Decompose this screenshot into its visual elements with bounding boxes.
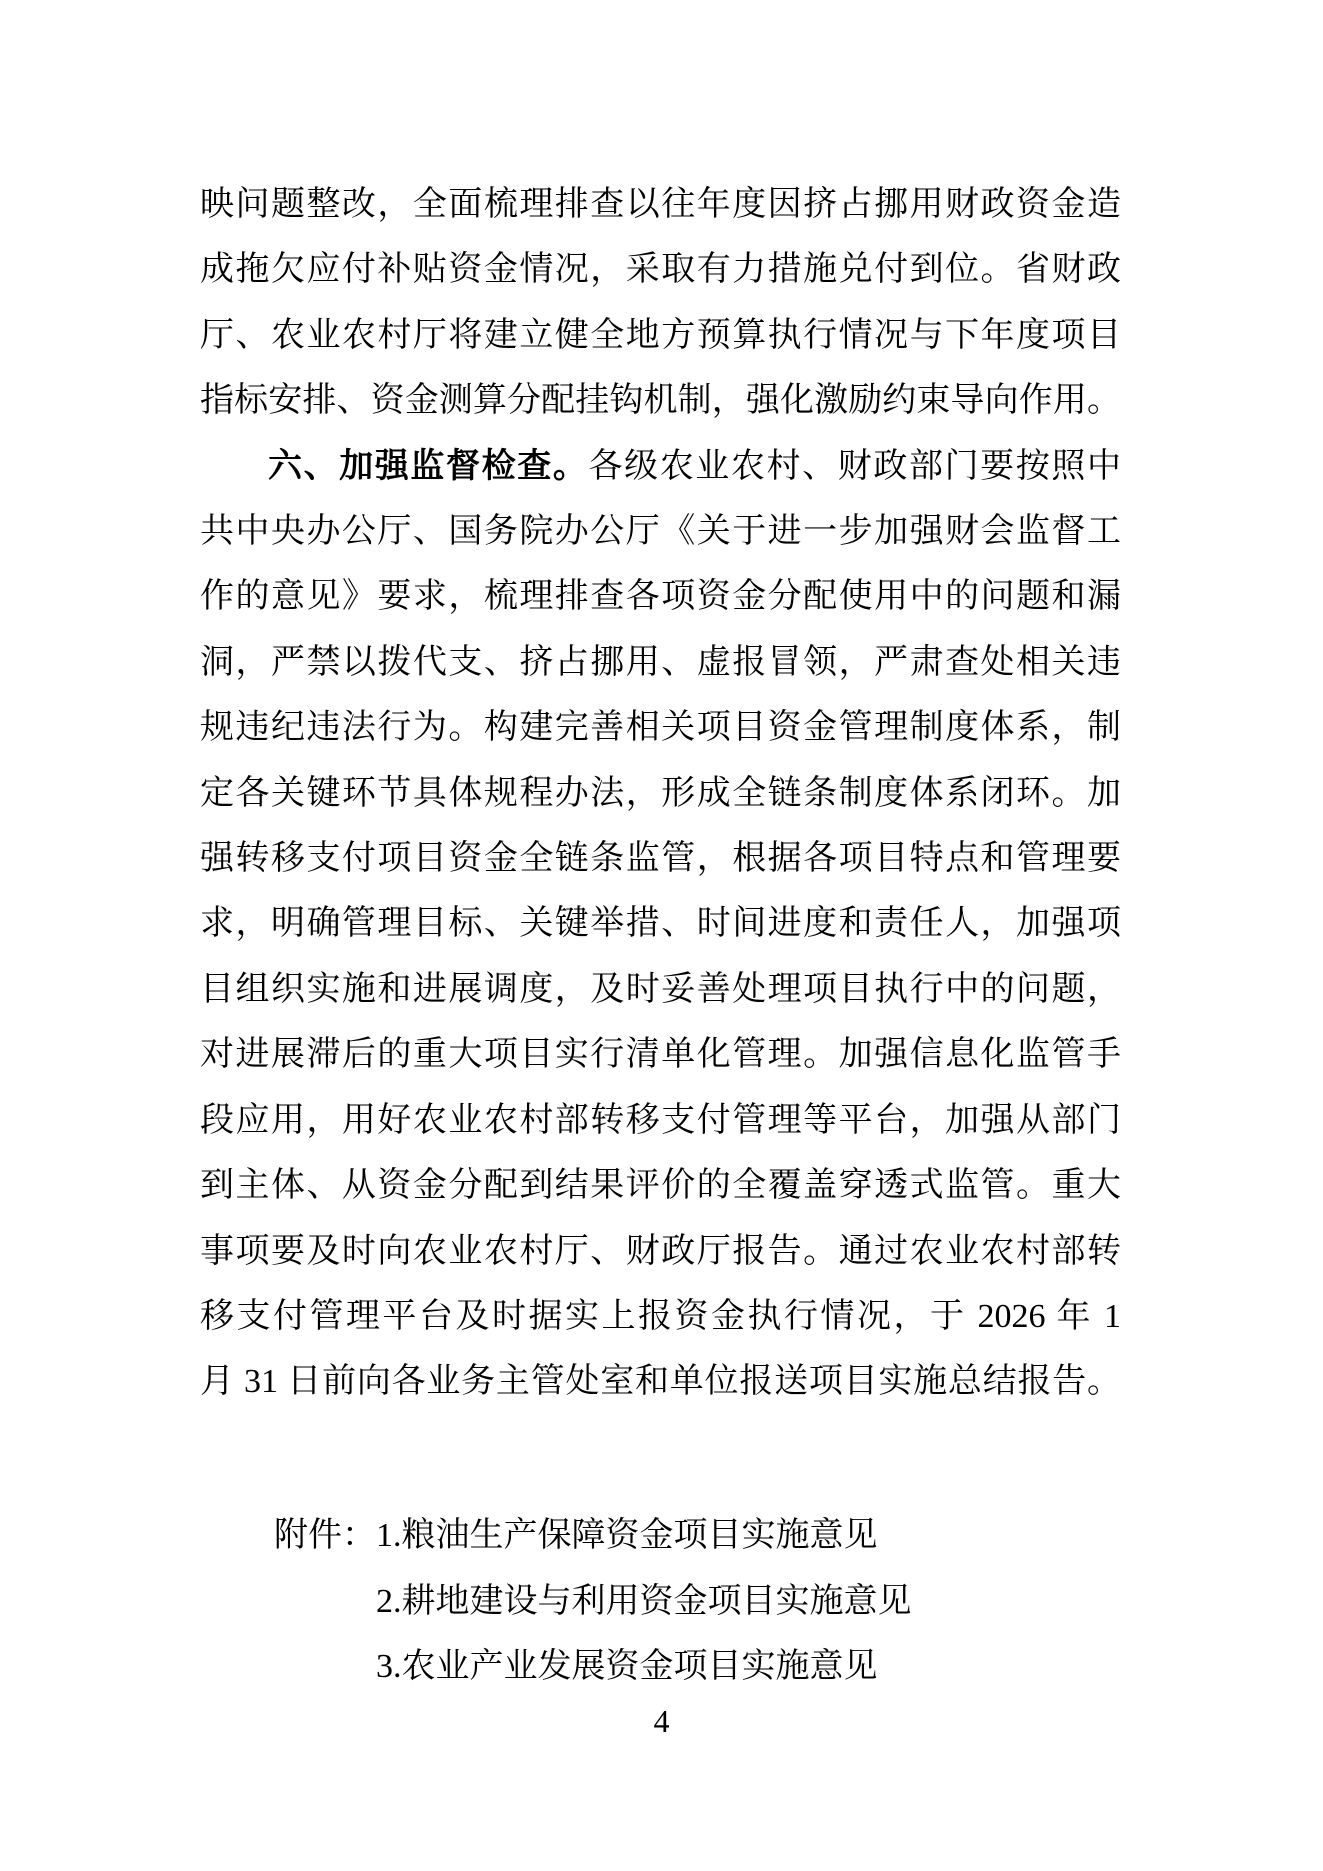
body-line: 作的意见》要求，梳理排查各项资金分配使用中的问题和漏 [200, 564, 1121, 629]
body-line: 强转移支付项目资金全链条监管，根据各项目特点和管理要 [200, 826, 1121, 891]
attachment-item: 2.耕地建设与利用资金项目实施意见 [200, 1569, 1121, 1635]
document-body: 映问题整改，全面梳理排查以往年度因挤占挪用财政资金造成拖欠应付补贴资金情况，采取… [200, 172, 1121, 1415]
body-line: 事项要及时向农业农村厅、财政厅报告。通过农业农村部转 [200, 1219, 1121, 1284]
document-page: 映问题整改，全面梳理排查以往年度因挤占挪用财政资金造成拖欠应付补贴资金情况，采取… [0, 0, 1323, 1871]
body-line: 移支付管理平台及时据实上报资金执行情况，于 2026 年 1 [200, 1284, 1121, 1349]
body-line: 指标安排、资金测算分配挂钩机制，强化激励约束导向作用。 [200, 368, 1121, 433]
attachment-item: 附件：1.粮油生产保障资金项目实施意见 [200, 1503, 1121, 1569]
body-line: 成拖欠应付补贴资金情况，采取有力措施兑付到位。省财政 [200, 237, 1121, 302]
body-line: 月 31 日前向各业务主管处室和单位报送项目实施总结报告。 [200, 1349, 1121, 1414]
page-number: 4 [0, 1703, 1323, 1740]
body-line: 映问题整改，全面梳理排查以往年度因挤占挪用财政资金造 [200, 172, 1121, 237]
attachment-list: 附件：1.粮油生产保障资金项目实施意见2.耕地建设与利用资金项目实施意见3.农业… [200, 1503, 1121, 1700]
body-line: 到主体、从资金分配到结果评价的全覆盖穿透式监管。重大 [200, 1153, 1121, 1218]
attachment-item: 3.农业产业发展资金项目实施意见 [200, 1634, 1121, 1700]
body-line: 目组织实施和进展调度，及时妥善处理项目执行中的问题， [200, 957, 1121, 1022]
body-line: 六、加强监督检查。各级农业农村、财政部门要按照中 [200, 434, 1121, 499]
body-line: 段应用，用好农业农村部转移支付管理等平台，加强从部门 [200, 1088, 1121, 1153]
body-line: 定各关键环节具体规程办法，形成全链条制度体系闭环。加 [200, 761, 1121, 826]
body-line: 共中央办公厅、国务院办公厅《关于进一步加强财会监督工 [200, 499, 1121, 564]
attachment-label: 附件： [274, 1517, 376, 1554]
body-line: 规违纪违法行为。构建完善相关项目资金管理制度体系，制 [200, 695, 1121, 760]
section-heading: 六、加强监督检查。 [268, 448, 588, 485]
body-line: 对进展滞后的重大项目实行清单化管理。加强信息化监管手 [200, 1022, 1121, 1087]
body-line: 厅、农业农村厅将建立健全地方预算执行情况与下年度项目 [200, 303, 1121, 368]
body-line: 洞，严禁以拨代支、挤占挪用、虚报冒领，严肃查处相关违 [200, 630, 1121, 695]
body-line: 求，明确管理目标、关键举措、时间进度和责任人，加强项 [200, 891, 1121, 956]
